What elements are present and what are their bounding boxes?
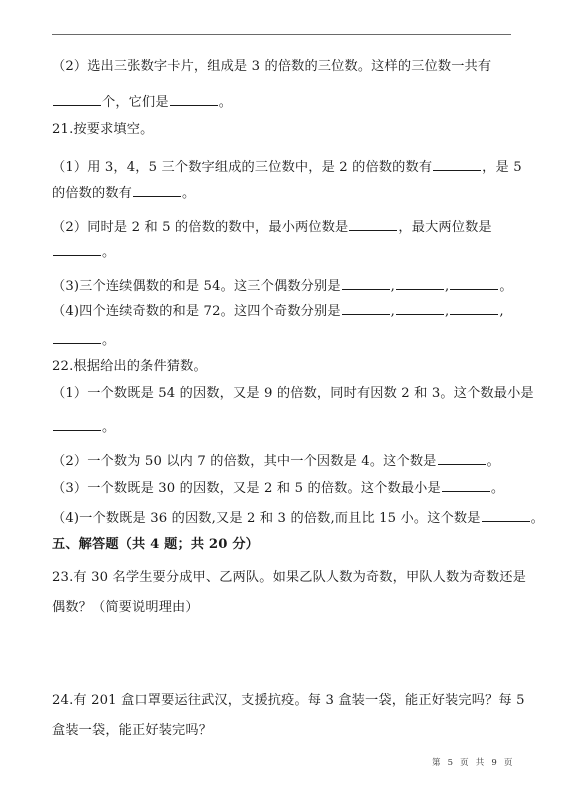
q21-title: 21.按要求填空。	[52, 121, 153, 139]
q20-part2-text: （2）选出三张数字卡片，组成是 3 的倍数的三位数。这样的三位数一共有	[52, 59, 491, 74]
answer-blank[interactable]	[349, 217, 397, 231]
answer-blank[interactable]	[170, 92, 218, 106]
q21-p1-text-c: 的倍数的数有	[52, 186, 132, 201]
comma: ,	[445, 304, 449, 319]
period: 。	[491, 481, 504, 496]
period: 。	[499, 279, 512, 294]
answer-blank[interactable]	[442, 478, 490, 492]
q20-part2-line2: 个，它们是。	[52, 92, 232, 112]
q21-p3-text: （3)三个连续偶数的和是 54。这三个偶数分别是	[52, 279, 341, 294]
q21-p1-line1: （1）用 3，4，5 三个数字组成的三位数中，是 2 的倍数的数有，是 5	[52, 157, 522, 177]
q20-part2-text-b: 个，它们是	[102, 95, 169, 110]
q22-p3-text: （3）一个数既是 30 的因数，又是 2 和 5 的倍数。这个数最小是	[52, 481, 441, 496]
answer-blank[interactable]	[53, 242, 101, 256]
q22-title: 22.根据给出的条件猜数。	[52, 358, 207, 376]
q21-p1-text: （1）用 3，4，5 三个数字组成的三位数中，是 2 的倍数的数有	[52, 160, 432, 175]
period: 。	[487, 454, 500, 469]
q22-p2-line: （2）一个数为 50 以内 7 的倍数，其中一个因数是 4。这个数是。	[52, 451, 500, 471]
q21-p2-line1: （2）同时是 2 和 5 的倍数的数中，最小两位数是，最大两位数是	[52, 217, 492, 237]
q22-p1-text: （1）一个数既是 54 的因数，又是 9 的倍数，同时有因数 2 和 3。这个数…	[52, 386, 534, 401]
answer-blank[interactable]	[133, 183, 181, 197]
period: 。	[531, 511, 544, 526]
q22-p3-line: （3）一个数既是 30 的因数，又是 2 和 5 的倍数。这个数最小是。	[52, 478, 504, 498]
q22-p4-text: （4)一个数既是 36 的因数,又是 2 和 3 的倍数,而且比 15 小。这个…	[52, 511, 481, 526]
q21-p3-line: （3)三个连续偶数的和是 54。这三个偶数分别是,,。	[52, 276, 513, 296]
q23-line1: 23.有 30 名学生要分成甲、乙两队。如果乙队人数为奇数，甲队人数为奇数还是	[52, 569, 526, 587]
comma: ,	[391, 279, 395, 294]
period: 。	[102, 333, 115, 348]
q21-p2-text: （2）同时是 2 和 5 的倍数的数中，最小两位数是	[52, 220, 348, 235]
q21-p1-line2: 的倍数的数有。	[52, 183, 195, 203]
q22-p4-line: （4)一个数既是 36 的因数,又是 2 和 3 的倍数,而且比 15 小。这个…	[52, 508, 544, 528]
q21-p2-line2: 。	[52, 242, 115, 262]
q22-p2-text: （2）一个数为 50 以内 7 的倍数，其中一个因数是 4。这个数是	[52, 454, 437, 469]
answer-blank[interactable]	[53, 417, 101, 431]
q24-line1: 24.有 201 盒口罩要运往武汉，支援抗疫。每 3 盒装一袋，能正好装完吗？每…	[52, 692, 525, 710]
answer-blank[interactable]	[53, 330, 101, 344]
answer-blank[interactable]	[396, 276, 444, 290]
period: 。	[102, 420, 115, 435]
comma: ,	[391, 304, 395, 319]
page-number: 第 5 页 共 9 页	[432, 756, 515, 768]
answer-blank[interactable]	[396, 301, 444, 315]
q23-line2: 偶数？（简要说明理由）	[52, 599, 199, 617]
answer-blank[interactable]	[342, 276, 390, 290]
answer-blank[interactable]	[53, 92, 101, 106]
q22-p1-line2: 。	[52, 417, 115, 437]
section-heading: 五、解答题（共 4 题；共 20 分）	[52, 536, 259, 554]
answer-blank[interactable]	[450, 301, 498, 315]
answer-blank[interactable]	[450, 276, 498, 290]
q20-part2-line1: （2）选出三张数字卡片，组成是 3 的倍数的三位数。这样的三位数一共有	[52, 58, 491, 76]
q24-line2: 盒装一袋，能正好装完吗？	[52, 722, 212, 740]
header-rule	[52, 34, 511, 35]
q21-p4-line2: 。	[52, 330, 115, 350]
q21-p4-line1: （4)四个连续奇数的和是 72。这四个奇数分别是,,,	[52, 301, 504, 321]
period: 。	[219, 95, 232, 110]
answer-blank[interactable]	[433, 157, 481, 171]
q21-p2-text-b: ，最大两位数是	[398, 220, 491, 235]
answer-blank[interactable]	[482, 508, 530, 522]
q21-p1-text-b: ，是 5	[482, 160, 522, 175]
answer-blank[interactable]	[342, 301, 390, 315]
period: 。	[182, 186, 195, 201]
period: 。	[102, 245, 115, 260]
q22-p1-line1: （1）一个数既是 54 的因数，又是 9 的倍数，同时有因数 2 和 3。这个数…	[52, 385, 534, 403]
comma: ,	[445, 279, 449, 294]
comma: ,	[499, 304, 503, 319]
q21-p4-text: （4)四个连续奇数的和是 72。这四个奇数分别是	[52, 304, 341, 319]
answer-blank[interactable]	[438, 451, 486, 465]
